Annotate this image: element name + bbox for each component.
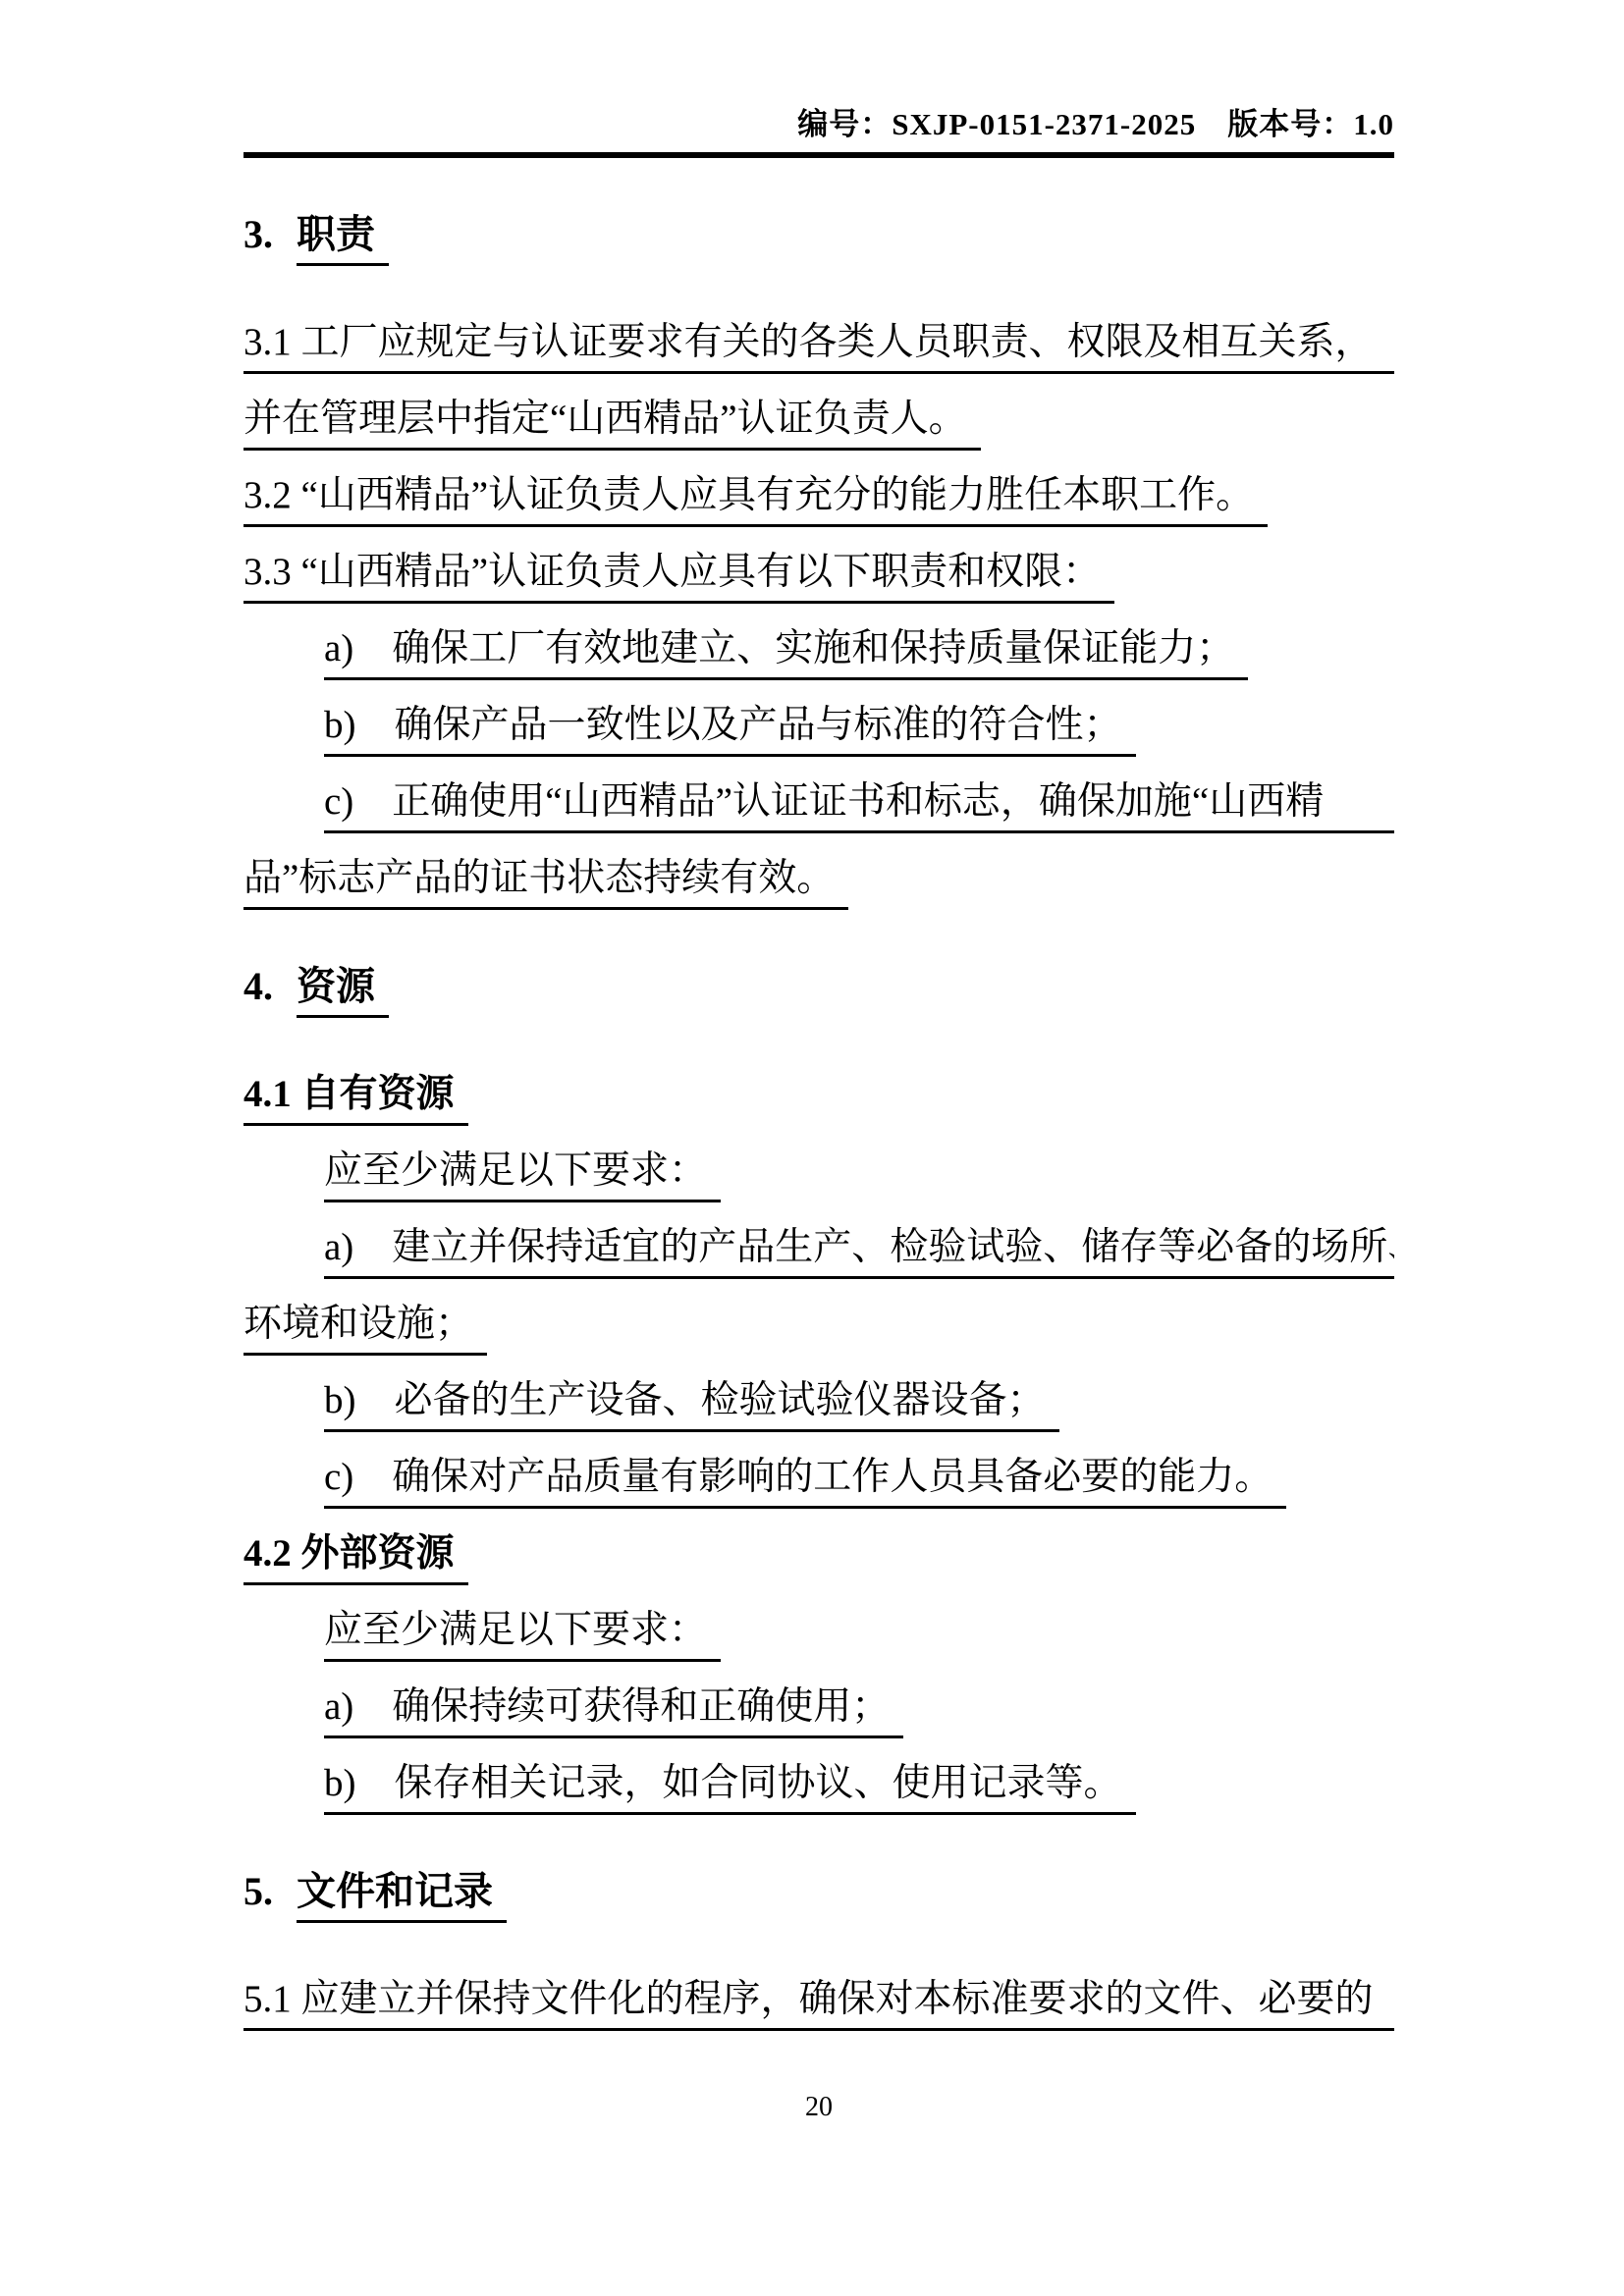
body-line-text: 3.3 “山西精品”认证负责人应具有以下职责和权限： bbox=[244, 550, 1114, 604]
section-number: 4. bbox=[244, 963, 273, 1018]
doc-code-text: 编号：SXJP-0151-2371-2025 版本号：1.0 bbox=[797, 107, 1394, 141]
section-number: 3. bbox=[244, 211, 273, 266]
body-line: 并在管理层中指定“山西精品”认证负责人。 bbox=[244, 374, 1394, 451]
body-line-text: 3.2 “山西精品”认证负责人应具有充分的能力胜任本职工作。 bbox=[244, 473, 1268, 527]
body-line-text: 并在管理层中指定“山西精品”认证负责人。 bbox=[244, 397, 981, 451]
body-line: 3.3 “山西精品”认证负责人应具有以下职责和权限： bbox=[244, 527, 1394, 604]
body-line: 3.2 “山西精品”认证负责人应具有充分的能力胜任本职工作。 bbox=[244, 451, 1394, 527]
page-header: 编号：SXJP-0151-2371-2025 版本号：1.0 bbox=[244, 0, 1394, 142]
subsection-4-2-heading: 4.2 外部资源 bbox=[244, 1509, 1394, 1585]
list-item: c) 确保对产品质量有影响的工作人员具备必要的能力。 bbox=[244, 1432, 1394, 1509]
list-item: c) 正确使用“山西精品”认证证书和标志，确保加施“山西精 bbox=[244, 757, 1394, 833]
section-number: 5. bbox=[244, 1868, 273, 1923]
body-line: 环境和设施； bbox=[244, 1279, 1394, 1356]
body-line: 5.1 应建立并保持文件化的程序，确保对本标准要求的文件、必要的 bbox=[244, 1954, 1394, 2031]
list-item: b) 保存相关记录，如合同协议、使用记录等。 bbox=[244, 1738, 1394, 1815]
list-item: a) 确保持续可获得和正确使用； bbox=[244, 1662, 1394, 1738]
section-title: 文件和记录 bbox=[297, 1868, 507, 1923]
body-line: 3.1 工厂应规定与认证要求有关的各类人员职责、权限及相互关系， bbox=[244, 297, 1394, 374]
section-title: 职责 bbox=[297, 211, 389, 266]
section-5-heading: 5. 文件和记录 bbox=[244, 1846, 1394, 1923]
list-item: b) 必备的生产设备、检验试验仪器设备； bbox=[244, 1356, 1394, 1432]
list-item: a) 建立并保持适宜的产品生产、检验试验、储存等必备的场所、 bbox=[244, 1202, 1394, 1279]
body-line: 应至少满足以下要求： bbox=[244, 1126, 1394, 1202]
body-line-text: 应至少满足以下要求： bbox=[324, 1608, 721, 1662]
subsection-title: 4.1 自有资源 bbox=[244, 1072, 468, 1126]
subsection-title: 4.2 外部资源 bbox=[244, 1531, 468, 1585]
list-item: a) 确保工厂有效地建立、实施和保持质量保证能力； bbox=[244, 604, 1394, 680]
list-item-text: a) 确保工厂有效地建立、实施和保持质量保证能力； bbox=[324, 626, 1248, 680]
body-line-text: 5.1 应建立并保持文件化的程序，确保对本标准要求的文件、必要的 bbox=[244, 1977, 1394, 2031]
list-item-text: c) 确保对产品质量有影响的工作人员具备必要的能力。 bbox=[324, 1455, 1286, 1509]
body-line: 品”标志产品的证书状态持续有效。 bbox=[244, 833, 1394, 910]
body-line-text: 3.1 工厂应规定与认证要求有关的各类人员职责、权限及相互关系， bbox=[244, 320, 1394, 374]
section-3-heading: 3. 职责 bbox=[244, 189, 1394, 266]
body-line: 应至少满足以下要求： bbox=[244, 1585, 1394, 1662]
list-item-text: a) 确保持续可获得和正确使用； bbox=[324, 1684, 903, 1738]
section-title: 资源 bbox=[297, 963, 389, 1018]
document-page: 编号：SXJP-0151-2371-2025 版本号：1.0 3. 职责 3.1… bbox=[0, 0, 1624, 2296]
list-item-text: c) 正确使用“山西精品”认证证书和标志，确保加施“山西精 bbox=[324, 779, 1394, 833]
page-number-text: 20 bbox=[805, 2092, 833, 2122]
list-item-text: b) 保存相关记录，如合同协议、使用记录等。 bbox=[324, 1761, 1136, 1815]
list-item-text: b) 必备的生产设备、检验试验仪器设备； bbox=[324, 1378, 1059, 1432]
subsection-4-1-heading: 4.1 自有资源 bbox=[244, 1049, 1394, 1126]
list-item-text: a) 建立并保持适宜的产品生产、检验试验、储存等必备的场所、 bbox=[324, 1225, 1394, 1279]
body-line-text: 品”标志产品的证书状态持续有效。 bbox=[244, 856, 848, 910]
header-rule bbox=[244, 152, 1394, 158]
body-line-text: 应至少满足以下要求： bbox=[324, 1148, 721, 1202]
page-number: 20 bbox=[244, 2094, 1394, 2121]
body-line-text: 环境和设施； bbox=[244, 1302, 487, 1356]
list-item-text: b) 确保产品一致性以及产品与标准的符合性； bbox=[324, 703, 1136, 757]
section-4-heading: 4. 资源 bbox=[244, 941, 1394, 1018]
list-item: b) 确保产品一致性以及产品与标准的符合性； bbox=[244, 680, 1394, 757]
